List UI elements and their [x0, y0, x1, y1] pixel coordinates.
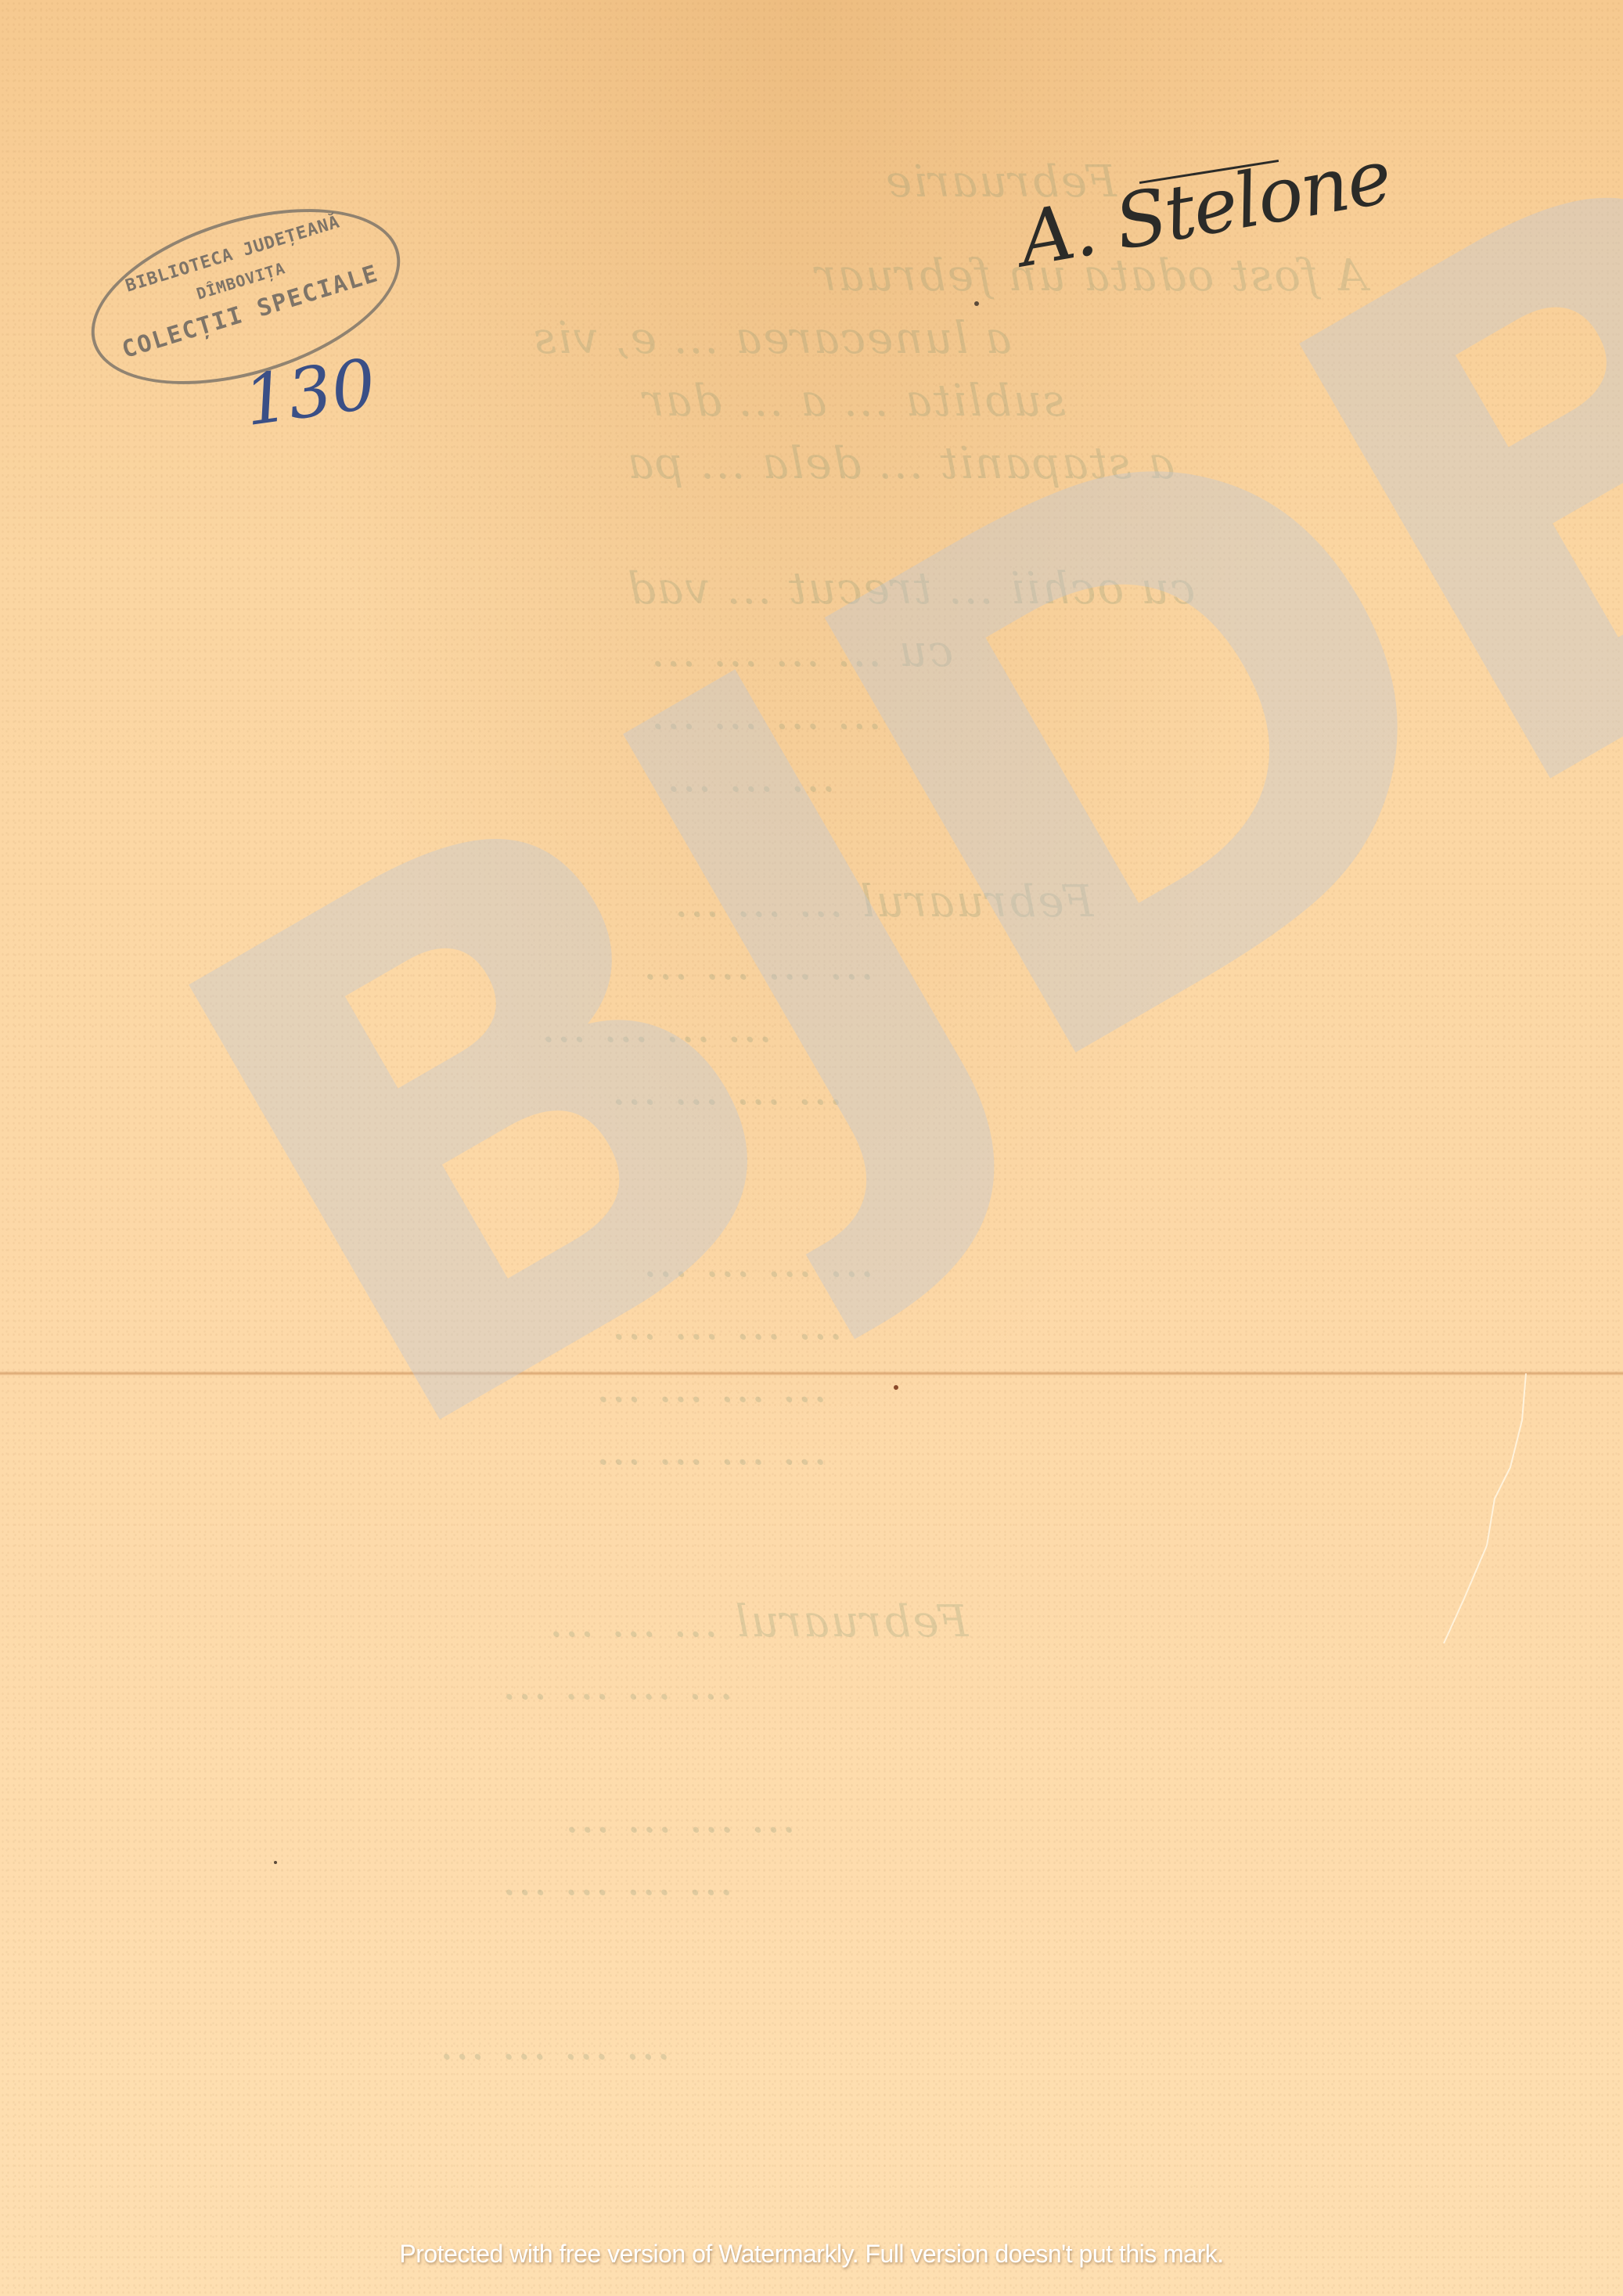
bleed-line: a lunecarea ... e, vis [532, 313, 1011, 364]
bleed-line: ... ... ... ... [438, 2019, 671, 2070]
bleed-line: Februarul ... ... ... [673, 876, 1093, 927]
bleed-line: ... ... ... ... [650, 689, 882, 740]
bleed-line: ... ... ... ... [595, 1362, 827, 1413]
document-page: Februarie A fost odata un februar a lune… [0, 0, 1623, 2296]
bleed-line: ... ... ... ... [501, 1659, 733, 1710]
bleed-line: ... ... ... ... [595, 1424, 827, 1475]
bleed-line: Februarul ... ... ... [548, 1596, 968, 1647]
bleed-line: ... ... ... [665, 751, 836, 802]
ink-speck [894, 1385, 898, 1390]
bleed-line: ... ... ... ... [642, 1236, 874, 1287]
ink-speck [974, 301, 979, 306]
watermarkly-notice: Protected with free version of Watermark… [0, 2240, 1623, 2269]
bleed-line: sublita ... a ... dar [642, 376, 1066, 426]
bleed-line: ... ... ... ... [610, 1064, 843, 1115]
fold-line [0, 1371, 1623, 1376]
bleed-line: ... ... ... ... [540, 1002, 772, 1053]
ink-speck [274, 1861, 277, 1864]
bleed-line: cu ... ... ... ... [650, 626, 953, 677]
bleed-line: ... ... ... ... [501, 1855, 733, 1906]
bleed-line: a stapanit ... dela ... pa [626, 438, 1175, 489]
bleed-line: cu ochii ... trecut ... vad [626, 563, 1195, 614]
paper-crack [1409, 1373, 1534, 1671]
bleed-line: ... ... ... ... [610, 1299, 843, 1350]
bleed-line: ... ... ... ... [642, 939, 874, 990]
bleed-line: ... ... ... ... [563, 1792, 796, 1843]
